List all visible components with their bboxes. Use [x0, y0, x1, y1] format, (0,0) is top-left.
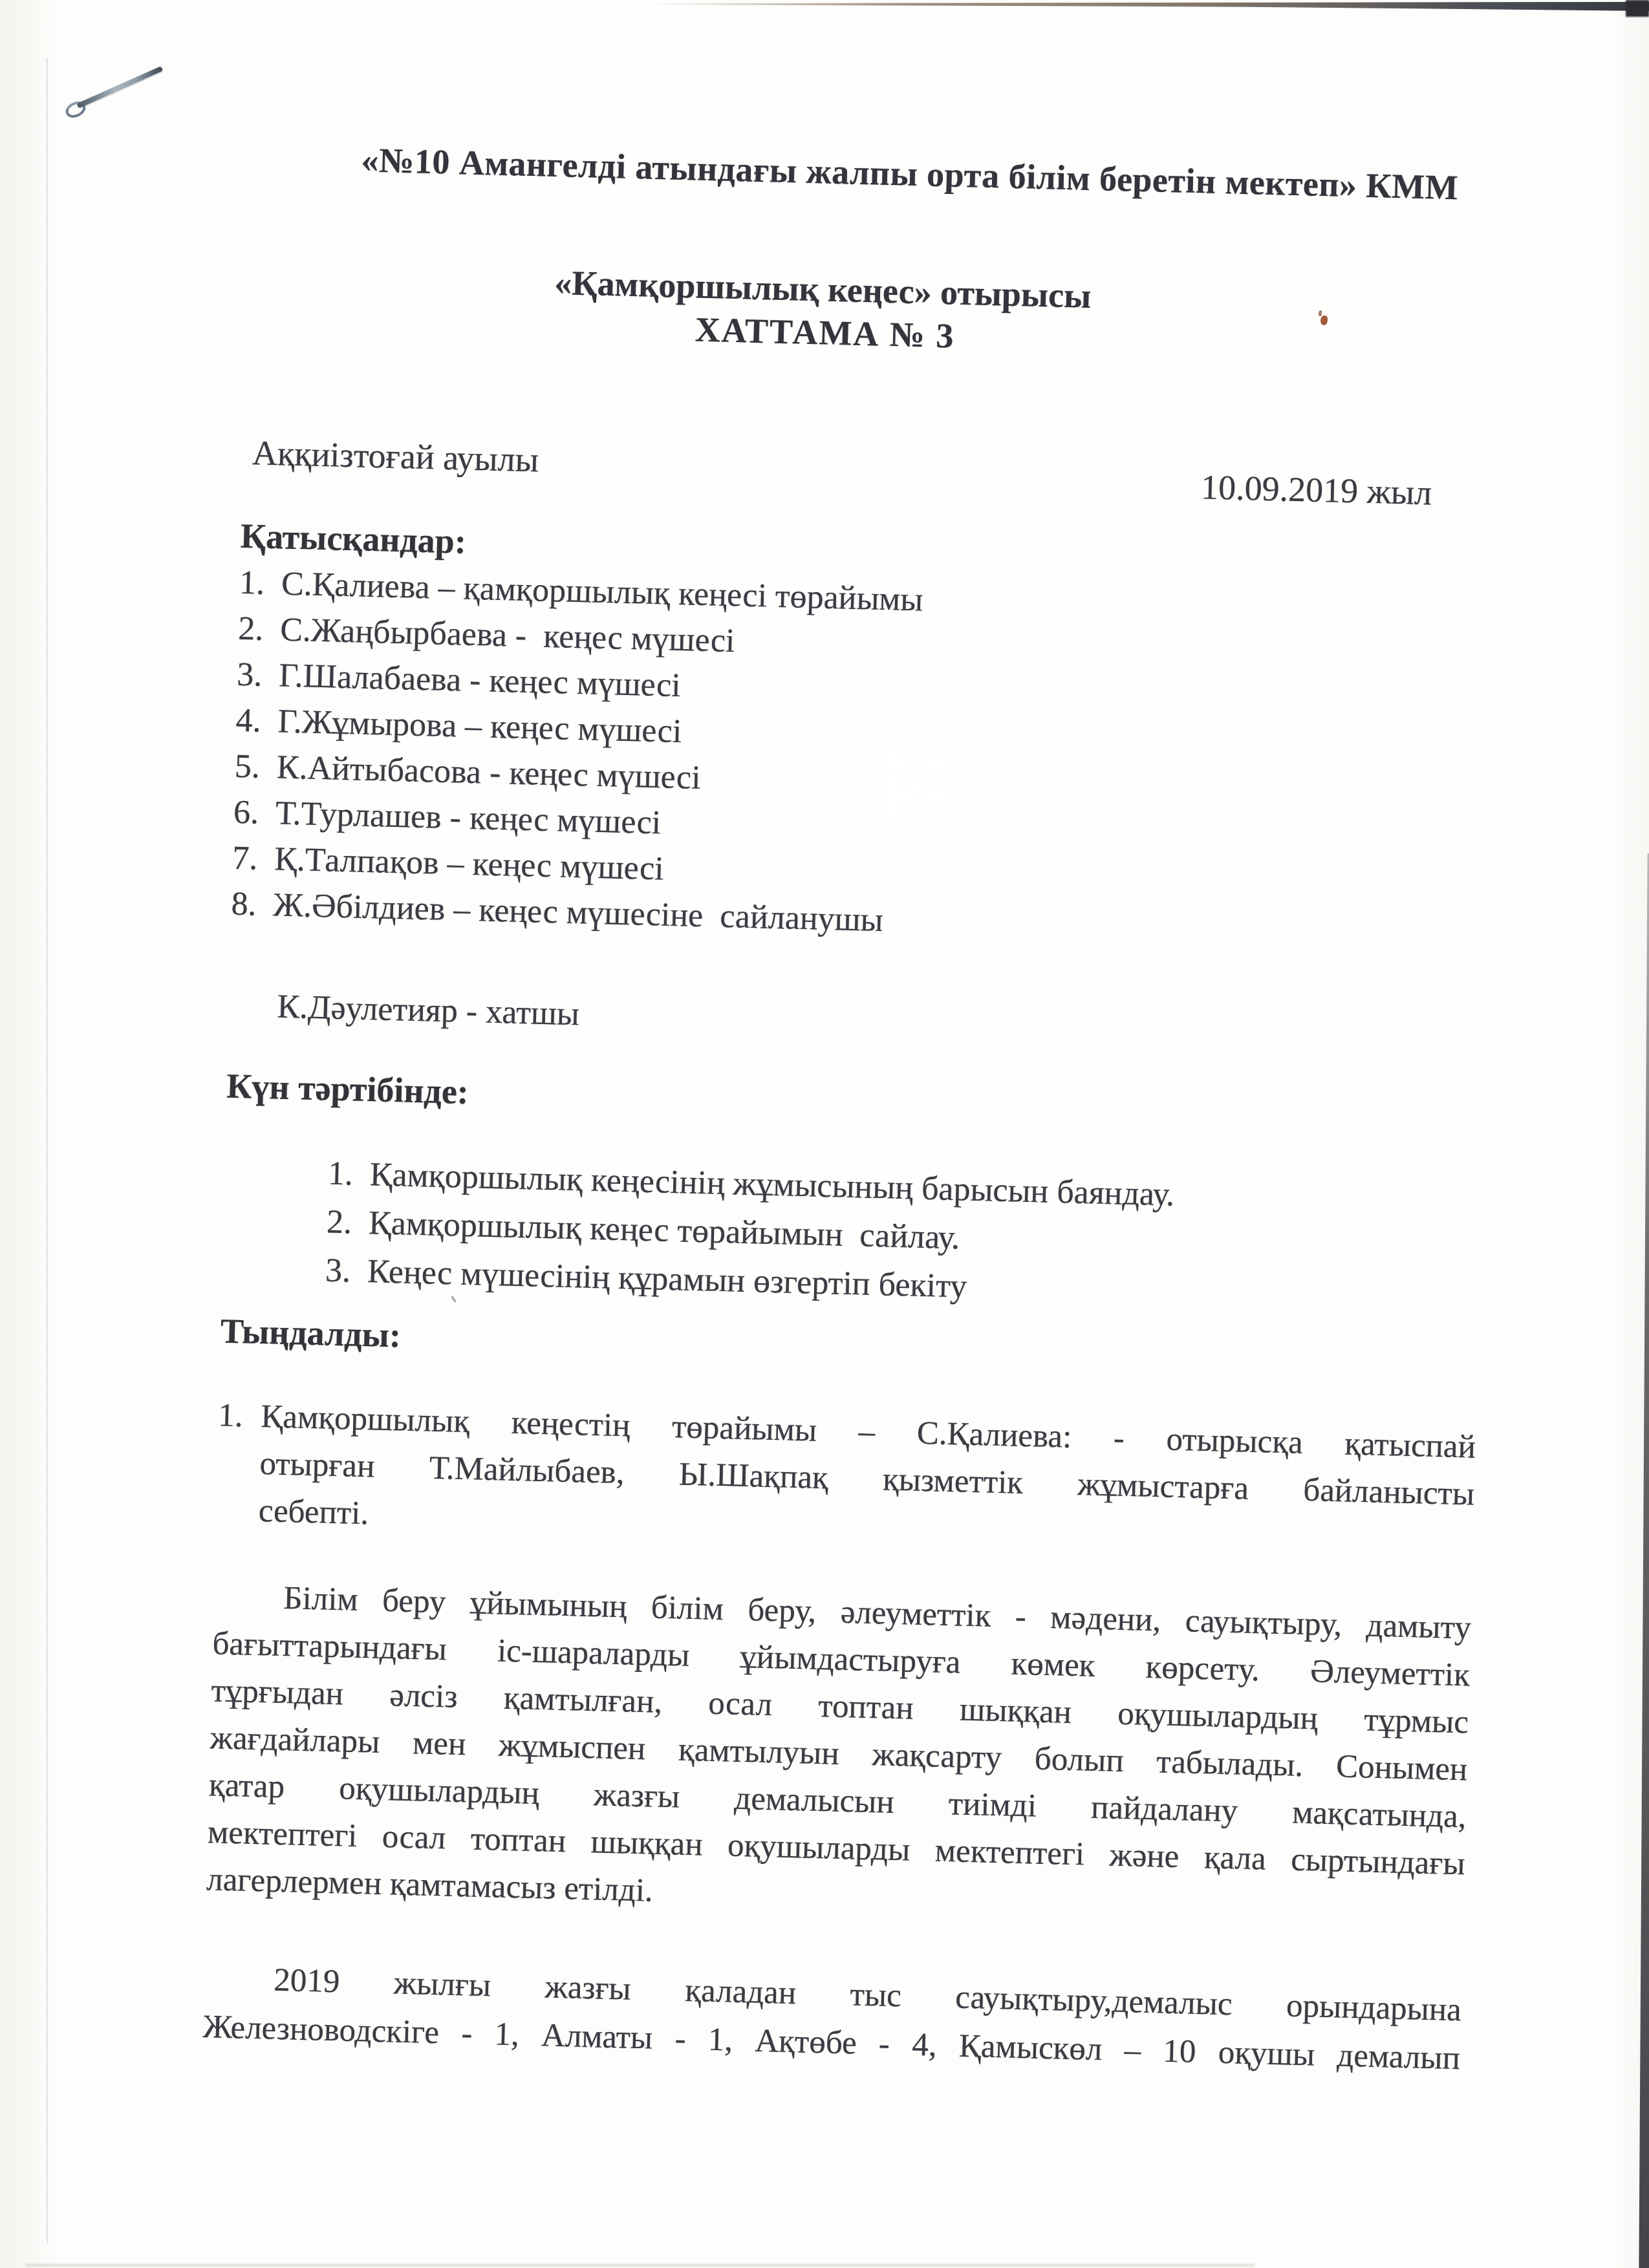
- secretary-line: К.Дәулетияр - хатшы: [228, 986, 1487, 1058]
- scanned-document-page: «№10 Амангелді атындағы жалпы орта білім…: [0, 0, 1649, 2268]
- scan-right-edge-shadow: [1636, 853, 1649, 2268]
- agenda-list: 1. Қамқоршылық кеңесінің жұмысының барыс…: [221, 1146, 1482, 1323]
- protocol-date: 10.09.2019 жыл: [1200, 466, 1432, 513]
- staple-mark: [76, 66, 163, 108]
- heard-item: 1. Қамқоршылық кеңестің төрайымы – С.Қал…: [215, 1392, 1476, 1565]
- heard-heading: Тыңдалды:: [220, 1311, 1478, 1382]
- document-content: «№10 Амангелді атындағы жалпы орта білім…: [202, 126, 1509, 2083]
- title-line-1: «№10 Амангелді атындағы жалпы орта білім…: [281, 138, 1539, 209]
- participants-list: 1. С.Қалиева – қамқоршылық кеңесі төрайы…: [231, 560, 1498, 959]
- body-paragraph-1: Білім беру ұйымының білім беру, әлеуметт…: [206, 1573, 1471, 1935]
- scan-bottom-edge-shadow: [26, 2263, 1255, 2267]
- scan-top-edge-shadow: [650, 2, 1649, 11]
- scan-corner-shadow: [1626, 0, 1649, 17]
- agenda-heading: Күн тәртібінде:: [226, 1067, 1485, 1137]
- heard-item-number: 1.: [215, 1392, 262, 1535]
- village-name: Аққиізтоғай ауылы: [252, 432, 539, 480]
- heard-paragraph: Қамқоршылық кеңестің төрайымы – С.Қалиев…: [258, 1393, 1476, 1565]
- scan-left-edge-line: [47, 58, 48, 2243]
- body-paragraph-2: 2019 жылғы жазғы қаладан тыс сауықтыру,д…: [202, 1954, 1462, 2083]
- place-date-row: Аққиізтоғай ауылы 10.09.2019 жыл: [242, 432, 1500, 505]
